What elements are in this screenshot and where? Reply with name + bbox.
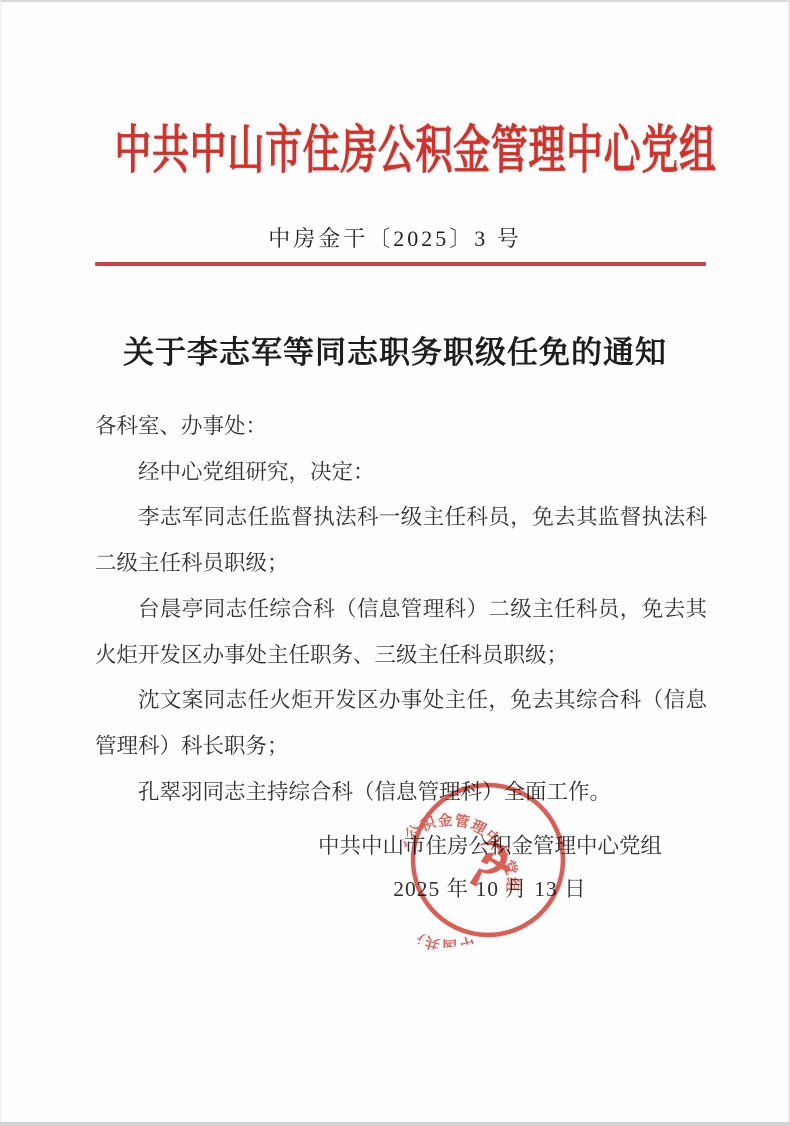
body-paragraph: 台晨亭同志任综合科（信息管理科）二级主任科员，免去其火炬开发区办事处主任职务、三… (95, 587, 707, 678)
body-paragraph: 李志军同志任监督执法科一级主任科员，免去其监督执法科二级主任科员职级； (95, 495, 707, 586)
document-page: 中共中山市住房公积金管理中心党组 中房金干〔2025〕3 号 关于李志军等同志职… (0, 0, 790, 1126)
signature-org-name: 中共中山市住房公积金管理中心党组 (318, 831, 662, 861)
signature-date: 2025 年 10 月 13 日 (393, 874, 586, 904)
signature-block: 中共中山市住房公积金管理中心党组 2025 年 10 月 13 日 (318, 831, 662, 904)
document-title: 关于李志军等同志职务职级任免的通知 (0, 327, 790, 372)
scan-edge-top (0, 0, 790, 2)
letterhead-org-title: 中共中山市住房公积金管理中心党组 (115, 108, 676, 183)
document-number: 中房金干〔2025〕3 号 (0, 222, 790, 253)
body-paragraph: 孔翠羽同志主持综合科（信息管理科）全面工作。 (95, 770, 707, 816)
scan-edge-bottom (0, 1122, 790, 1126)
body-paragraph: 沈文案同志任火炬开发区办事处主任，免去其综合科（信息管理科）科长职务； (95, 678, 707, 769)
scan-edge-left (0, 0, 1, 1126)
salutation-line: 各科室、办事处： (95, 404, 707, 450)
document-body: 各科室、办事处： 经中心党组研究，决定： 李志军同志任监督执法科一级主任科员，免… (95, 404, 707, 815)
body-paragraph: 经中心党组研究，决定： (95, 450, 707, 496)
red-divider-rule (95, 262, 706, 266)
